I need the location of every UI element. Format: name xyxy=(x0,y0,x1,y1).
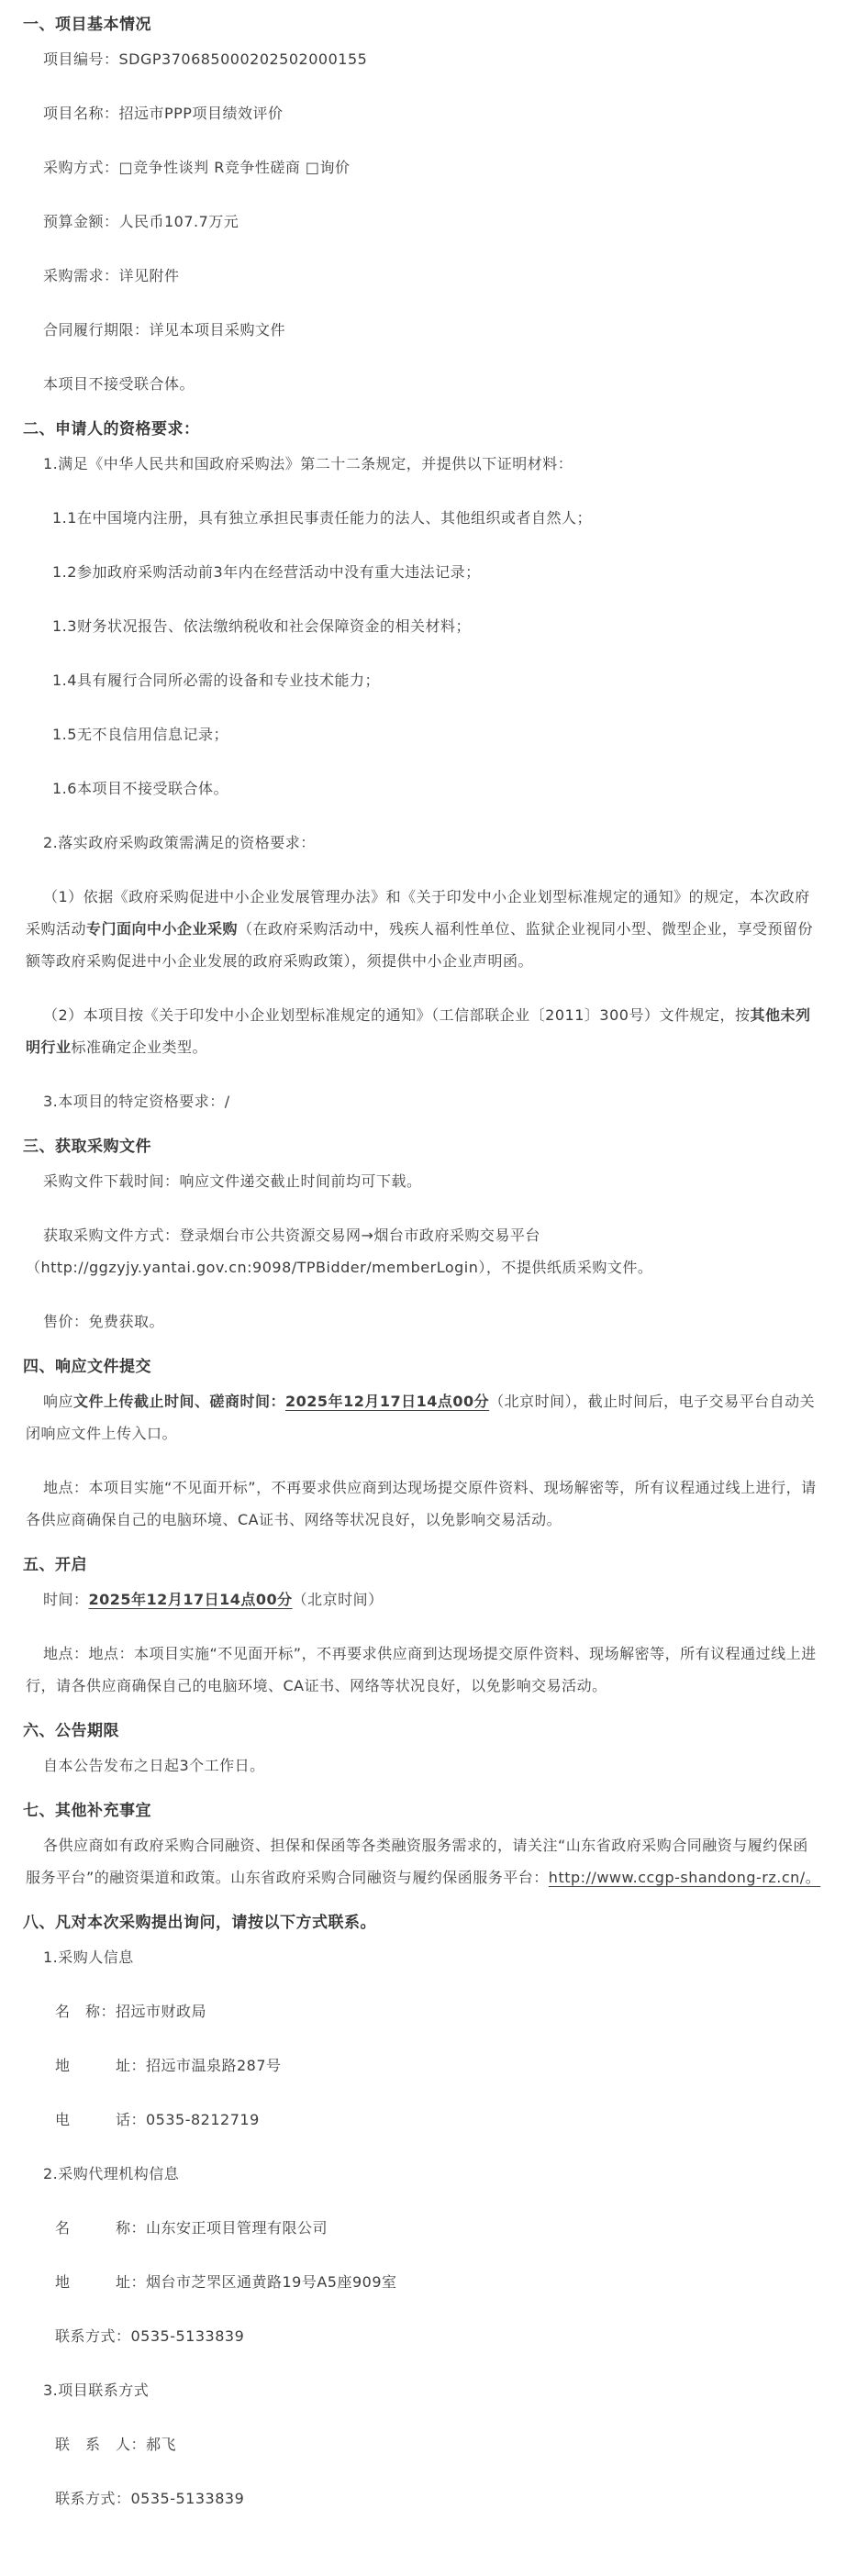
qualification-1-2: 1.2参加政府采购活动前3年内在经营活动中没有重大违法记录； xyxy=(0,556,846,588)
download-time: 采购文件下载时间：响应文件递交截止时间前均可下载。 xyxy=(0,1165,846,1197)
deadline-datetime: 2025年12月17日14点00分 xyxy=(285,1393,489,1410)
no-consortium-note: 本项目不接受联合体。 xyxy=(0,368,846,400)
contact-phone: 联系方式：0535-5133839 xyxy=(0,2482,846,2515)
qualification-3: 3.本项目的特定资格要求：/ xyxy=(0,1085,846,1117)
text-segment: （2）本项目按《关于印发中小企业划型标准规定的通知》（工信部联企业〔2011〕3… xyxy=(43,1006,750,1024)
text-segment: 时间： xyxy=(43,1591,89,1608)
budget-amount: 预算金额：人民币107.7万元 xyxy=(0,205,846,238)
announcement-period: 自本公告发布之日起3个工作日。 xyxy=(0,1749,846,1782)
project-number: 项目编号：SDGP370685000202502000155 xyxy=(0,43,846,75)
qualification-2: 2.落实政府采购政策需满足的资格要求： xyxy=(0,827,846,859)
purchaser-address: 地 址：招远市温泉路287号 xyxy=(0,2049,846,2082)
section-8-heading: 八、凡对本次采购提出询问，请按以下方式联系。 xyxy=(0,1907,846,1939)
policy-item-1: （1）依据《政府采购促进中小企业发展管理办法》和《关于印发中小企业划型标准规定的… xyxy=(0,881,846,977)
section-7-heading: 七、其他补充事宜 xyxy=(0,1795,846,1827)
procurement-notice-document: 一、项目基本情况项目编号：SDGP370685000202502000155项目… xyxy=(0,0,846,2555)
contract-period: 合同履行期限：详见本项目采购文件 xyxy=(0,314,846,346)
section-6-heading: 六、公告期限 xyxy=(0,1715,846,1748)
smes-only-emphasis: 专门面向中小企业采购 xyxy=(86,920,238,938)
qualification-1: 1.满足《中华人民共和国政府采购法》第二十二条规定，并提供以下证明材料： xyxy=(0,448,846,480)
section-5-heading: 五、开启 xyxy=(0,1549,846,1582)
submission-location: 地点：本项目实施“不见面开标”，不再要求供应商到达现场提交原件资料、现场解密等，… xyxy=(0,1471,846,1536)
section-1-heading: 一、项目基本情况 xyxy=(0,9,846,41)
opening-location: 地点：地点：本项目实施“不见面开标”，不再要求供应商到达现场提交原件资料、现场解… xyxy=(0,1638,846,1702)
obtain-method: 获取采购文件方式：登录烟台市公共资源交易网→烟台市政府采购交易平台（http:/… xyxy=(0,1219,846,1283)
document-price: 售价：免费获取。 xyxy=(0,1305,846,1338)
supplementary-note: 各供应商如有政府采购合同融资、担保和保函等各类融资服务需求的，请关注“山东省政府… xyxy=(0,1829,846,1893)
agency-name: 名 称：山东安正项目管理有限公司 xyxy=(0,2212,846,2244)
agency-phone: 联系方式：0535-5133839 xyxy=(0,2320,846,2352)
text-segment: （北京时间） xyxy=(293,1591,384,1608)
qualification-1-3: 1.3财务状况报告、依法缴纳税收和社会保障资金的相关材料； xyxy=(0,610,846,642)
policy-item-2: （2）本项目按《关于印发中小企业划型标准规定的通知》（工信部联企业〔2011〕3… xyxy=(0,999,846,1063)
qualification-1-1: 1.1在中国境内注册，具有独立承担民事责任能力的法人、其他组织或者自然人； xyxy=(0,502,846,534)
section-3-heading: 三、获取采购文件 xyxy=(0,1131,846,1163)
financing-platform-link[interactable]: http://www.ccgp-shandong-rz.cn/。 xyxy=(549,1869,820,1886)
deadline-label: 文件上传截止时间、磋商时间： xyxy=(73,1393,285,1410)
submission-deadline: 响应文件上传截止时间、磋商时间：2025年12月17日14点00分（北京时间），… xyxy=(0,1385,846,1449)
agency-address: 地 址：烟台市芝罘区通黄路19号A5座909室 xyxy=(0,2266,846,2298)
opening-time: 时间：2025年12月17日14点00分（北京时间） xyxy=(0,1583,846,1616)
section-4-heading: 四、响应文件提交 xyxy=(0,1351,846,1383)
opening-datetime: 2025年12月17日14点00分 xyxy=(89,1591,293,1608)
section-2-heading: 二、申请人的资格要求： xyxy=(0,414,846,446)
contact-person: 联 系 人：郝飞 xyxy=(0,2428,846,2460)
purchaser-phone: 电 话：0535-8212719 xyxy=(0,2104,846,2136)
purchaser-info-title: 1.采购人信息 xyxy=(0,1941,846,1973)
qualification-1-4: 1.4具有履行合同所必需的设备和专业技术能力； xyxy=(0,664,846,696)
text-segment: 响应 xyxy=(43,1393,73,1410)
agency-info-title: 2.采购代理机构信息 xyxy=(0,2158,846,2190)
procurement-requirement: 采购需求：详见附件 xyxy=(0,260,846,292)
qualification-1-6: 1.6本项目不接受联合体。 xyxy=(0,772,846,805)
project-contact-title: 3.项目联系方式 xyxy=(0,2374,846,2406)
purchaser-name: 名 称：招远市财政局 xyxy=(0,1995,846,2027)
project-name: 项目名称：招远市PPP项目绩效评价 xyxy=(0,97,846,129)
procurement-method: 采购方式：□竞争性谈判 R竞争性磋商 □询价 xyxy=(0,151,846,183)
qualification-1-5: 1.5无不良信用信息记录； xyxy=(0,718,846,750)
text-segment: 标准确定企业类型。 xyxy=(72,1038,208,1056)
